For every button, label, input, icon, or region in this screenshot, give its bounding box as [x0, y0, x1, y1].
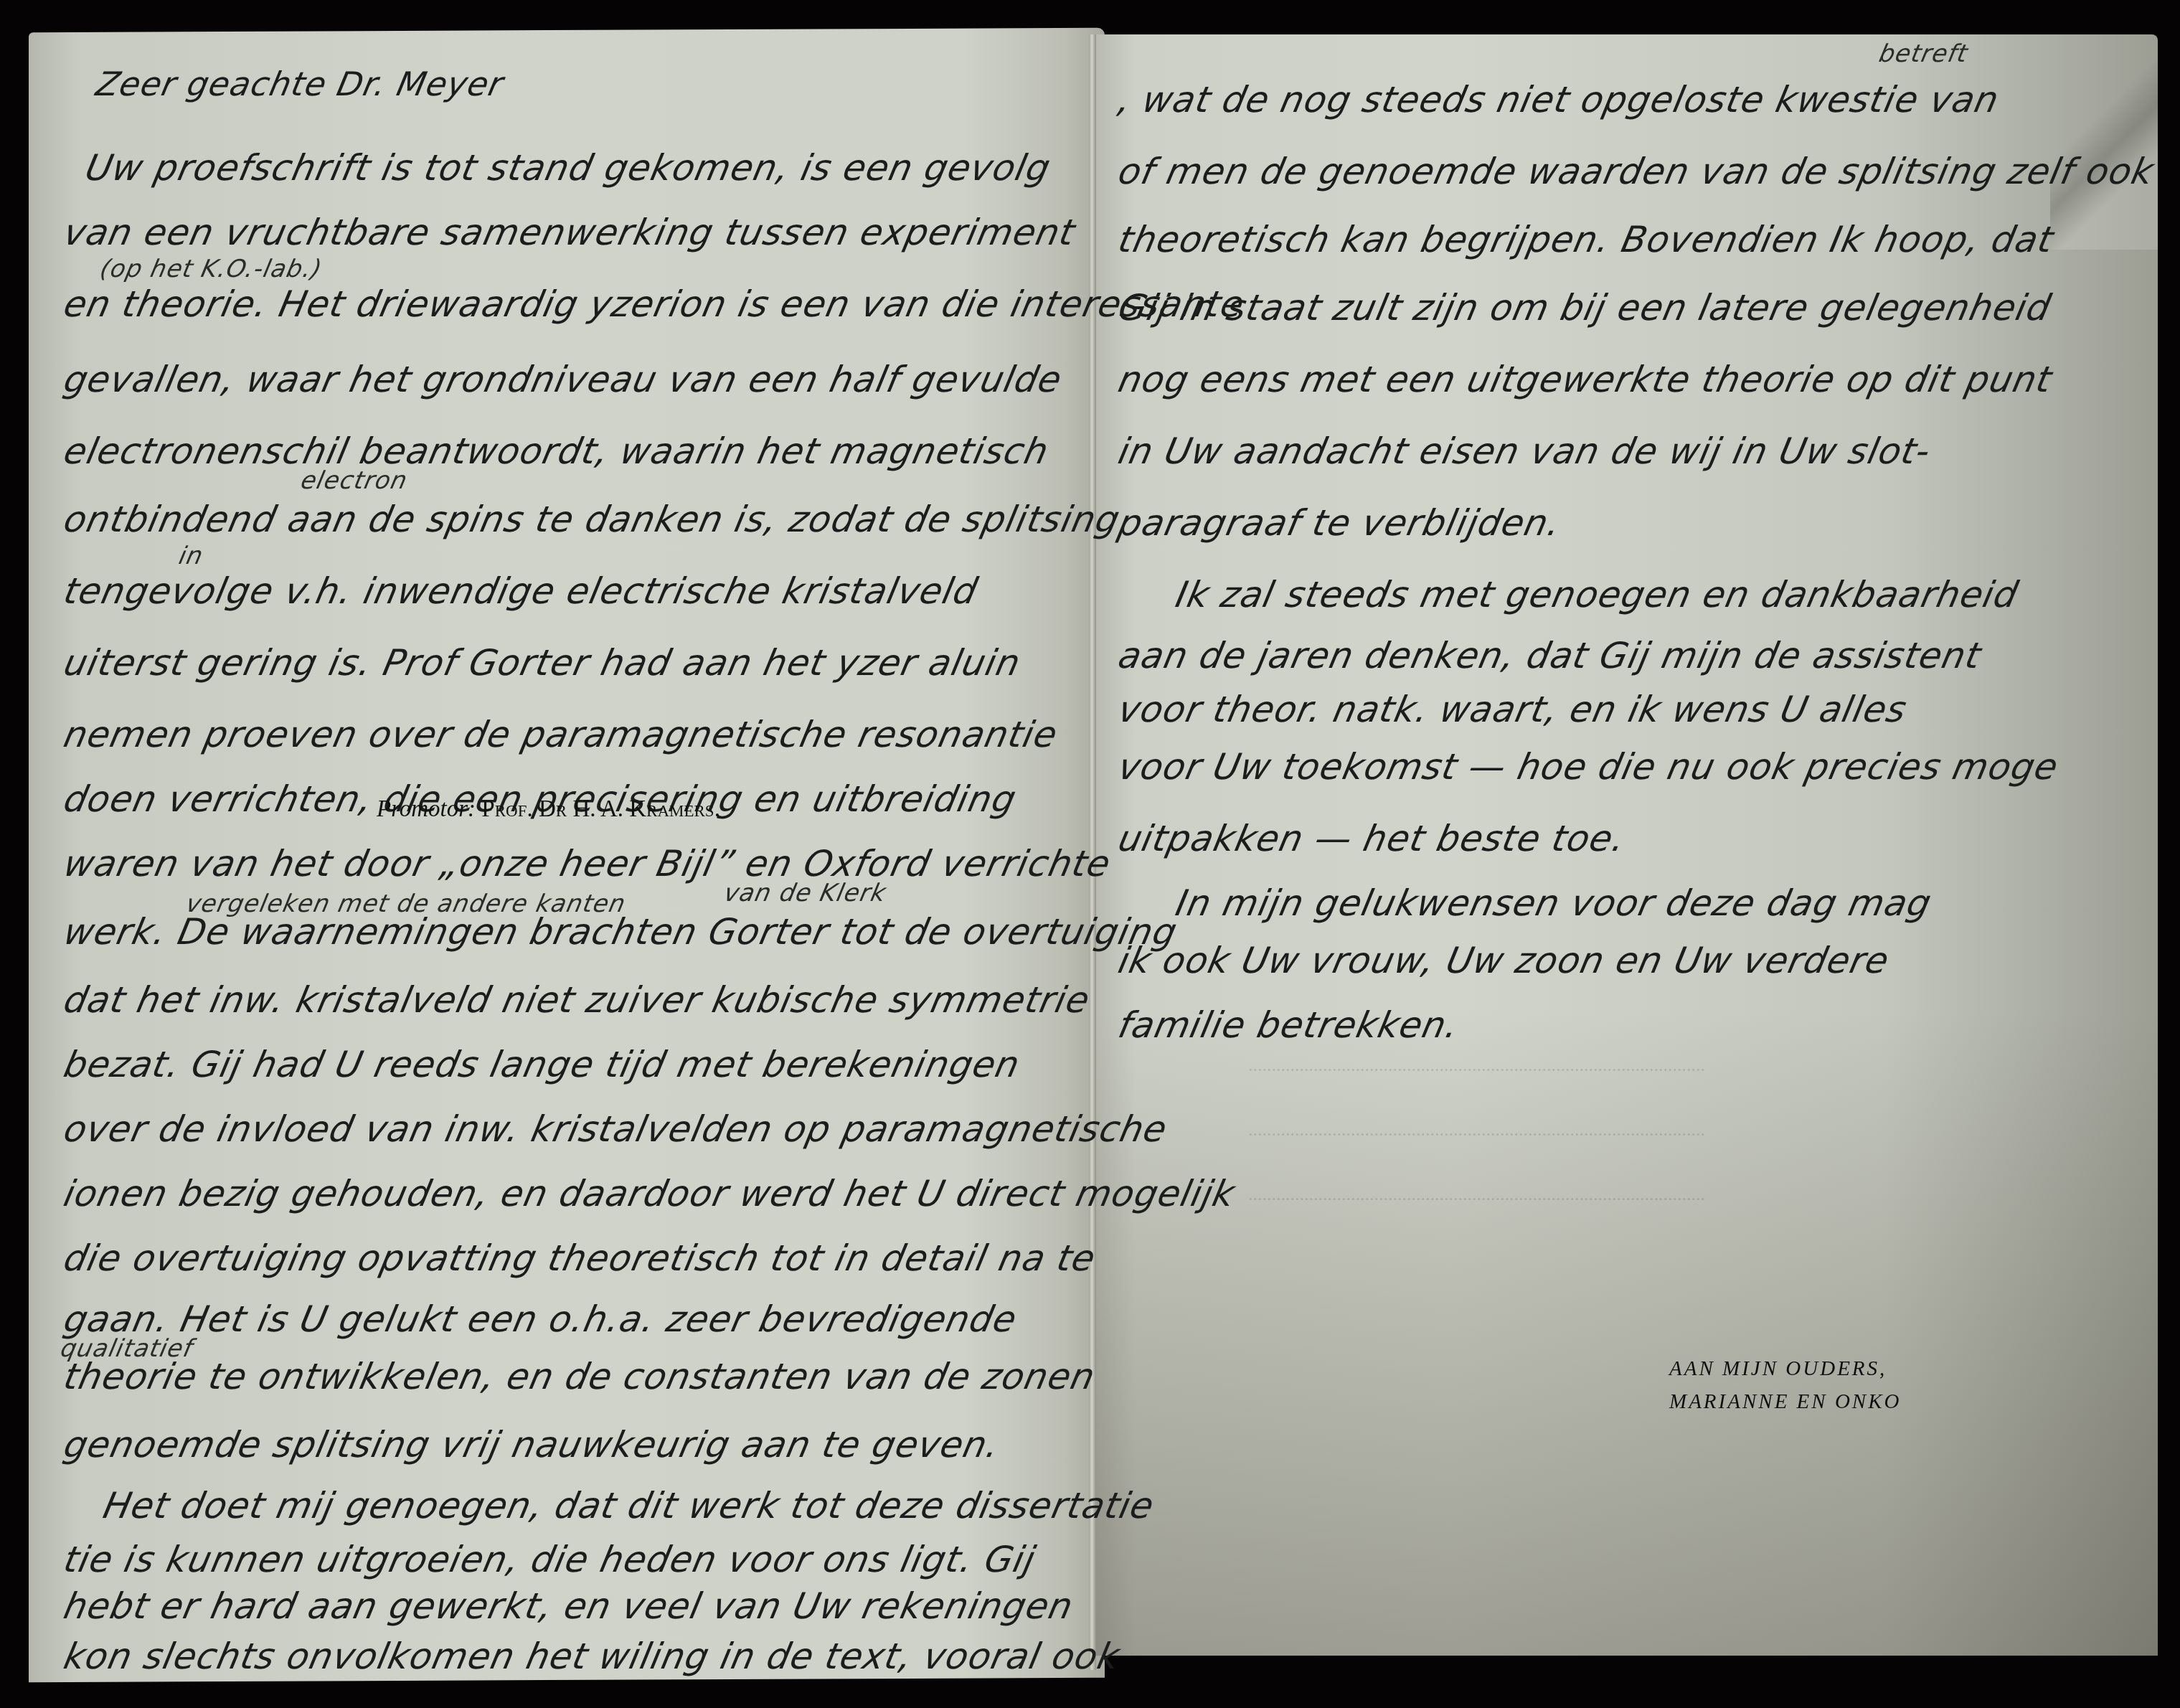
- letter-line: gevallen, waar het grondniveau van een h…: [60, 359, 1066, 400]
- letter-line: nemen proeven over de paramagnetische re…: [60, 714, 1062, 755]
- letter-line: over de invloed van inw. kristalvelden o…: [60, 1108, 1171, 1150]
- salutation: Zeer geachte Dr. Meyer: [93, 65, 507, 103]
- letter-line: Uw proefschrift is tot stand gekomen, is…: [82, 147, 1054, 189]
- letter-line: theoretisch kan begrijpen. Bovendien Ik …: [1115, 219, 2058, 260]
- letter-line: tie is kunnen uitgroeien, die heden voor…: [60, 1539, 1039, 1580]
- insertion-note: betreft: [1877, 39, 1971, 68]
- letter-line: die overtuiging opvatting theoretisch to…: [60, 1237, 1100, 1279]
- letter-line: uiterst gering is. Prof Gorter had aan h…: [60, 642, 1025, 684]
- letter-line: kon slechts onvolkomen het wiling in de …: [60, 1636, 1124, 1677]
- page-corner-fold: [2050, 34, 2158, 250]
- promotor-name: Prof. Dr H. A. Kramers.: [481, 796, 720, 822]
- letter-line: en theorie. Het driewaardig yzerion is e…: [60, 283, 1248, 325]
- letter-line: theorie te ontwikkelen, en de constanten…: [60, 1356, 1099, 1397]
- letter-line: hebt er hard aan gewerkt, en veel van Uw…: [60, 1585, 1077, 1627]
- letter-line: ionen bezig gehouden, en daardoor werd h…: [60, 1173, 1240, 1214]
- letter-line: dat het inw. kristalveld niet zuiver kub…: [60, 979, 1094, 1021]
- letter-line: van een vruchtbare samenwerking tussen e…: [60, 212, 1079, 253]
- letter-line: familie betrekken.: [1115, 1004, 1463, 1046]
- insertion-note: (op het K.O.-lab.): [98, 255, 325, 283]
- insertion-note: van de Klerk: [722, 879, 889, 907]
- letter-line: tengevolge v.h. inwendige electrische kr…: [60, 570, 982, 612]
- letter-line: ontbindend aan de spins te danken is, zo…: [60, 499, 1124, 540]
- promotor-line: Promotor: Prof. Dr H. A. Kramers.: [377, 796, 720, 823]
- letter-line: Het doet mij genoegen, dat dit werk tot …: [100, 1485, 1158, 1527]
- insertion-note: electron: [298, 466, 410, 495]
- letter-line: electronenschil beantwoordt, waarin het …: [60, 430, 1053, 472]
- letter-line: uitpakken — het beste toe.: [1115, 818, 1630, 859]
- letter-line: voor theor. natk. waart, en ik wens U al…: [1115, 689, 1911, 730]
- letter-line: aan de jaren denken, dat Gij mijn de ass…: [1115, 635, 1986, 676]
- letter-line: gaan. Het is U gelukt een o.h.a. zeer be…: [60, 1298, 1021, 1340]
- letter-line: In mijn gelukwensen voor deze dag mag: [1172, 882, 1935, 924]
- letter-line: bezat. Gij had U reeds lange tijd met be…: [60, 1044, 1024, 1085]
- show-through-text: ........................................…: [1248, 1184, 1705, 1205]
- letter-line: waren van het door „onze heer Bijl” en O…: [60, 843, 1115, 884]
- letter-line: in Uw aandacht eisen van de wij in Uw sl…: [1115, 430, 1935, 472]
- letter-line: werk. De waarnemingen brachten Gorter to…: [60, 911, 1181, 953]
- show-through-text: ........................................…: [1248, 1054, 1705, 1076]
- letter-line: nog eens met een uitgewerkte theorie op …: [1115, 359, 2056, 400]
- dedication-line: AAN MIJN OUDERS,: [1669, 1352, 1902, 1385]
- promotor-label: Promotor:: [377, 796, 476, 822]
- letter-line: voor Uw toekomst — hoe die nu ook precie…: [1115, 746, 2062, 788]
- dedication-line: MARIANNE EN ONKO: [1669, 1385, 1902, 1418]
- letter-line: Gij in staat zult zijn om bij een latere…: [1115, 287, 2055, 329]
- letter-line: genoemde splitsing vrij nauwkeurig aan t…: [60, 1424, 1004, 1466]
- show-through-text: ........................................…: [1248, 1119, 1705, 1141]
- letter-line: Ik zal steeds met genoegen en dankbaarhe…: [1172, 574, 2022, 615]
- letter-line: paragraaf te verblijden.: [1115, 502, 1565, 544]
- letter-line: ik ook Uw vrouw, Uw zoon en Uw verdere: [1115, 940, 1893, 981]
- letter-line: of men de genoemde waarden van de splits…: [1115, 151, 2158, 192]
- dedication: AAN MIJN OUDERS, MARIANNE EN ONKO: [1669, 1352, 1902, 1418]
- letter-line: , wat de nog steeds niet opgeloste kwest…: [1115, 79, 2004, 121]
